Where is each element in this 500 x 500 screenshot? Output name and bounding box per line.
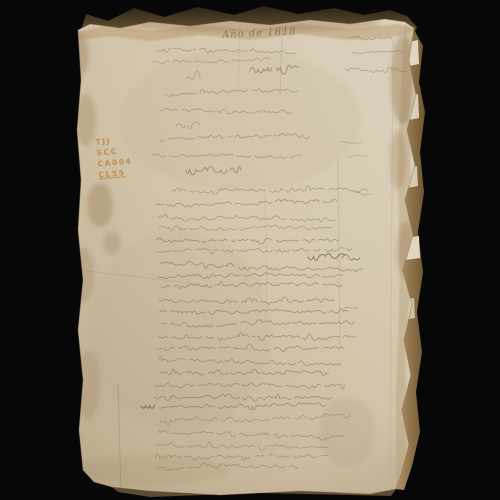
archive-code-label: TJJ SCC CA004 CL55	[95, 134, 134, 181]
paper-stain	[87, 183, 113, 227]
paper-stain	[103, 231, 121, 255]
manuscript-rendering	[0, 0, 500, 500]
paper-stain	[70, 456, 230, 484]
paper-stain	[120, 50, 360, 190]
manuscript-photograph: Año de 1818 TJJ SCC CA004 CL55	[0, 0, 500, 500]
paper-stain	[90, 230, 270, 430]
